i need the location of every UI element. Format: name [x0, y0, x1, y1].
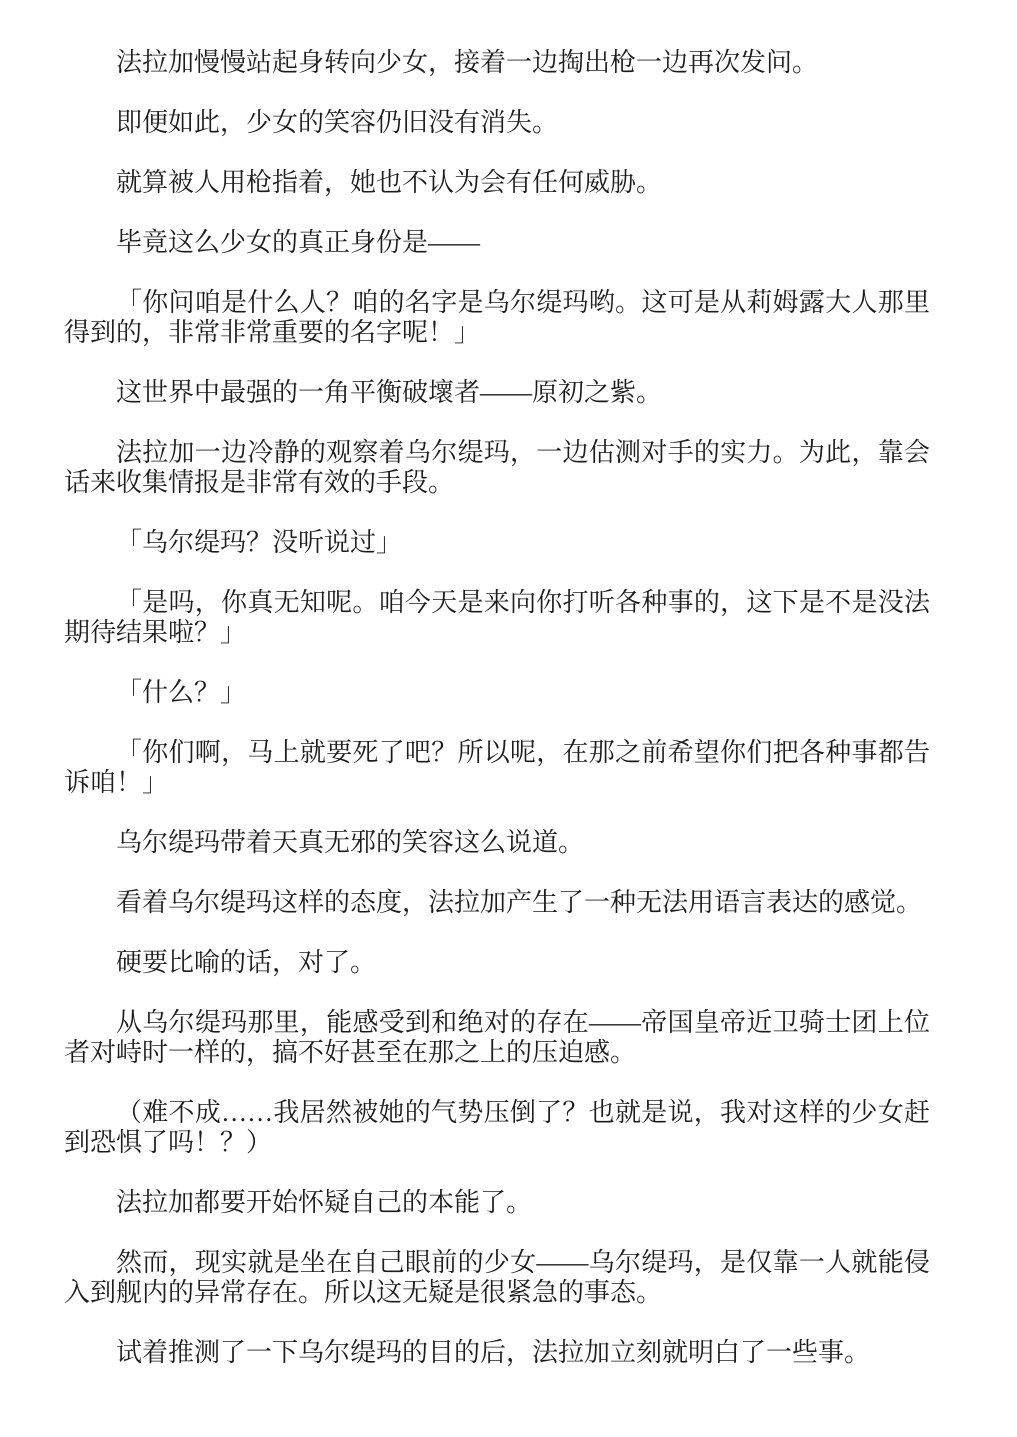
paragraph: 然而，现实就是坐在自己眼前的少女——乌尔缇玛，是仅靠一人就能侵入到舰内的异常存在… [64, 1248, 930, 1308]
paragraph: 硬要比喻的话，对了。 [64, 948, 930, 978]
paragraph-dialogue: 「什么？」 [64, 678, 930, 708]
paragraph-dialogue: 「你问咱是什么人？咱的名字是乌尔缇玛哟。这可是从莉姆露大人那里得到的，非常非常重… [64, 288, 930, 348]
paragraph: 就算被人用枪指着，她也不认为会有任何威胁。 [64, 168, 930, 198]
paragraph-dialogue: 「你们啊，马上就要死了吧？所以呢，在那之前希望你们把各种事都告诉咱！」 [64, 738, 930, 798]
paragraph-dialogue: 「是吗，你真无知呢。咱今天是来向你打听各种事的，这下是不是没法期待结果啦？」 [64, 588, 930, 648]
paragraph: 即便如此，少女的笑容仍旧没有消失。 [64, 108, 930, 138]
paragraph-dialogue: 「乌尔缇玛？没听说过」 [64, 528, 930, 558]
paragraph: 法拉加一边冷静的观察着乌尔缇玛，一边估测对手的实力。为此，靠会话来收集情报是非常… [64, 438, 930, 498]
paragraph: 法拉加都要开始怀疑自己的本能了。 [64, 1188, 930, 1218]
document-page: 法拉加慢慢站起身转向少女，接着一边掏出枪一边再次发问。 即便如此，少女的笑容仍旧… [0, 0, 1017, 1437]
paragraph-inner-thought: （难不成……我居然被她的气势压倒了？也就是说，我对这样的少女赶到恐惧了吗！？） [64, 1098, 930, 1158]
paragraph: 法拉加慢慢站起身转向少女，接着一边掏出枪一边再次发问。 [64, 48, 930, 78]
paragraph: 这世界中最强的一角平衡破壞者——原初之紫。 [64, 378, 930, 408]
paragraph: 看着乌尔缇玛这样的态度，法拉加产生了一种无法用语言表达的感觉。 [64, 888, 930, 918]
paragraph: 试着推测了一下乌尔缇玛的目的后，法拉加立刻就明白了一些事。 [64, 1338, 930, 1368]
paragraph: 乌尔缇玛带着天真无邪的笑容这么说道。 [64, 828, 930, 858]
paragraph: 从乌尔缇玛那里，能感受到和绝对的存在——帝国皇帝近卫骑士团上位者对峙时一样的，搞… [64, 1008, 930, 1068]
paragraph: 毕竟这么少女的真正身份是—— [64, 228, 930, 258]
